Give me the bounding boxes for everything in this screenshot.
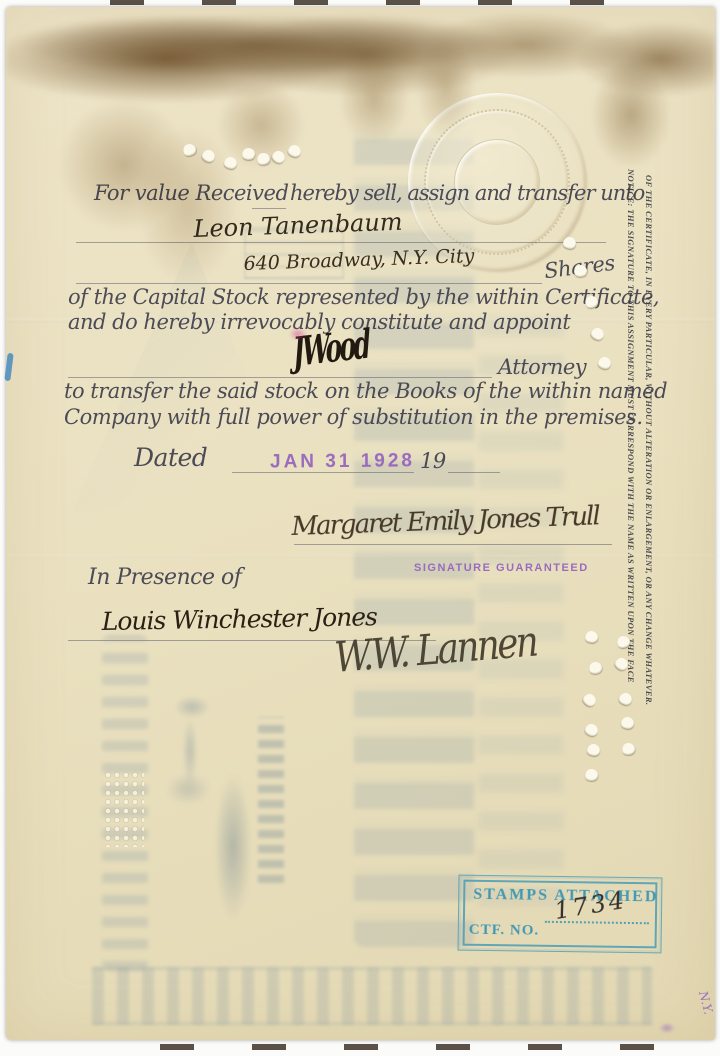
- pencil-note-ny: N.Y.: [696, 989, 716, 1016]
- scanner-edge-bottom: [160, 1044, 680, 1050]
- form-line5: Company with full power of substitution …: [64, 405, 643, 429]
- witness-signature-handwritten: Louis Winchester Jones: [101, 602, 377, 636]
- attorney-line: [68, 377, 492, 378]
- punch-hole: [255, 151, 272, 167]
- blank-line: [252, 208, 286, 209]
- punch-hole: [270, 149, 287, 165]
- assignee-address-handwritten: 640 Broadway, N.Y. City: [243, 245, 474, 275]
- ghost-vertical-text: [258, 717, 284, 883]
- certificate-paper: For value Received hereby sell, assign a…: [6, 7, 715, 1040]
- seller-signature-line: [294, 544, 612, 545]
- paper-crease: [6, 555, 715, 558]
- form-line4: to transfer the said stock on the Books …: [64, 379, 667, 403]
- signature-guaranteed-stamp: SIGNATURE GUARANTEED: [414, 562, 589, 574]
- year-label: 19: [420, 449, 446, 473]
- punch-hole: [584, 768, 599, 782]
- shares-label: Shares: [543, 251, 616, 283]
- date-stamp: JAN 31 1928: [270, 450, 415, 473]
- form-line1-post: hereby sell, assign and transfer unto: [290, 181, 644, 205]
- ghost-vignette-figure: [206, 749, 260, 945]
- punch-hole: [621, 717, 635, 730]
- scanned-stock-certificate-back: { "document": { "type": "Stock certifica…: [0, 0, 720, 1056]
- punch-hole: [581, 692, 598, 709]
- punch-hole: [587, 660, 603, 676]
- transfer-notice-line2: OF THE CERTIFICATE, IN EVERY PARTICULAR,…: [644, 175, 654, 705]
- punch-hole: [618, 692, 633, 706]
- scanner-edge-top: [110, 0, 610, 5]
- ghost-vignette-palm: [154, 693, 228, 809]
- form-line2: of the Capital Stock represented by the …: [68, 285, 659, 309]
- assignee-name-handwritten: Leon Tanenbaum: [193, 208, 403, 243]
- form-line1-pre: For value Received: [94, 181, 288, 205]
- dated-line2: [268, 472, 414, 473]
- punch-hole: [584, 723, 600, 738]
- punch-hole: [584, 630, 598, 643]
- address-line: [76, 283, 542, 284]
- punch-hole: [587, 744, 600, 756]
- stamps-attached-stamp: STAMPS ATTACHED CTF. NO. 1734: [457, 875, 662, 954]
- transfer-notice-line1: NOTICE: THE SIGNATURE TO THIS ASSIGNMENT…: [626, 169, 636, 683]
- attorney-signature-scribble: JWood: [292, 321, 369, 376]
- punch-hole: [287, 144, 302, 158]
- punch-hole: [224, 157, 238, 170]
- presence-label: In Presence of: [88, 565, 241, 590]
- punch-hole: [181, 142, 198, 159]
- seller-signature-handwritten: Margaret Emily Jones Trull: [291, 501, 599, 542]
- punch-hole: [201, 148, 217, 163]
- dated-label: Dated: [134, 443, 207, 472]
- dated-line3: [448, 472, 500, 473]
- ghost-border-chain: [102, 635, 148, 971]
- blue-ink-tick: [4, 353, 13, 382]
- attorney-label: Attorney: [498, 355, 586, 379]
- assignee-line: [76, 242, 606, 243]
- dated-line1: [232, 472, 268, 473]
- punch-hole: [241, 147, 256, 161]
- purple-smudge: [654, 1019, 680, 1037]
- punch-hole: [621, 741, 637, 756]
- punch-hole: [597, 356, 611, 369]
- ctf-no-label: CTF. NO.: [469, 922, 540, 940]
- perforation-cancel-dots: [104, 771, 144, 847]
- punch-hole: [589, 326, 605, 342]
- ghost-bottom-border: [92, 967, 652, 1025]
